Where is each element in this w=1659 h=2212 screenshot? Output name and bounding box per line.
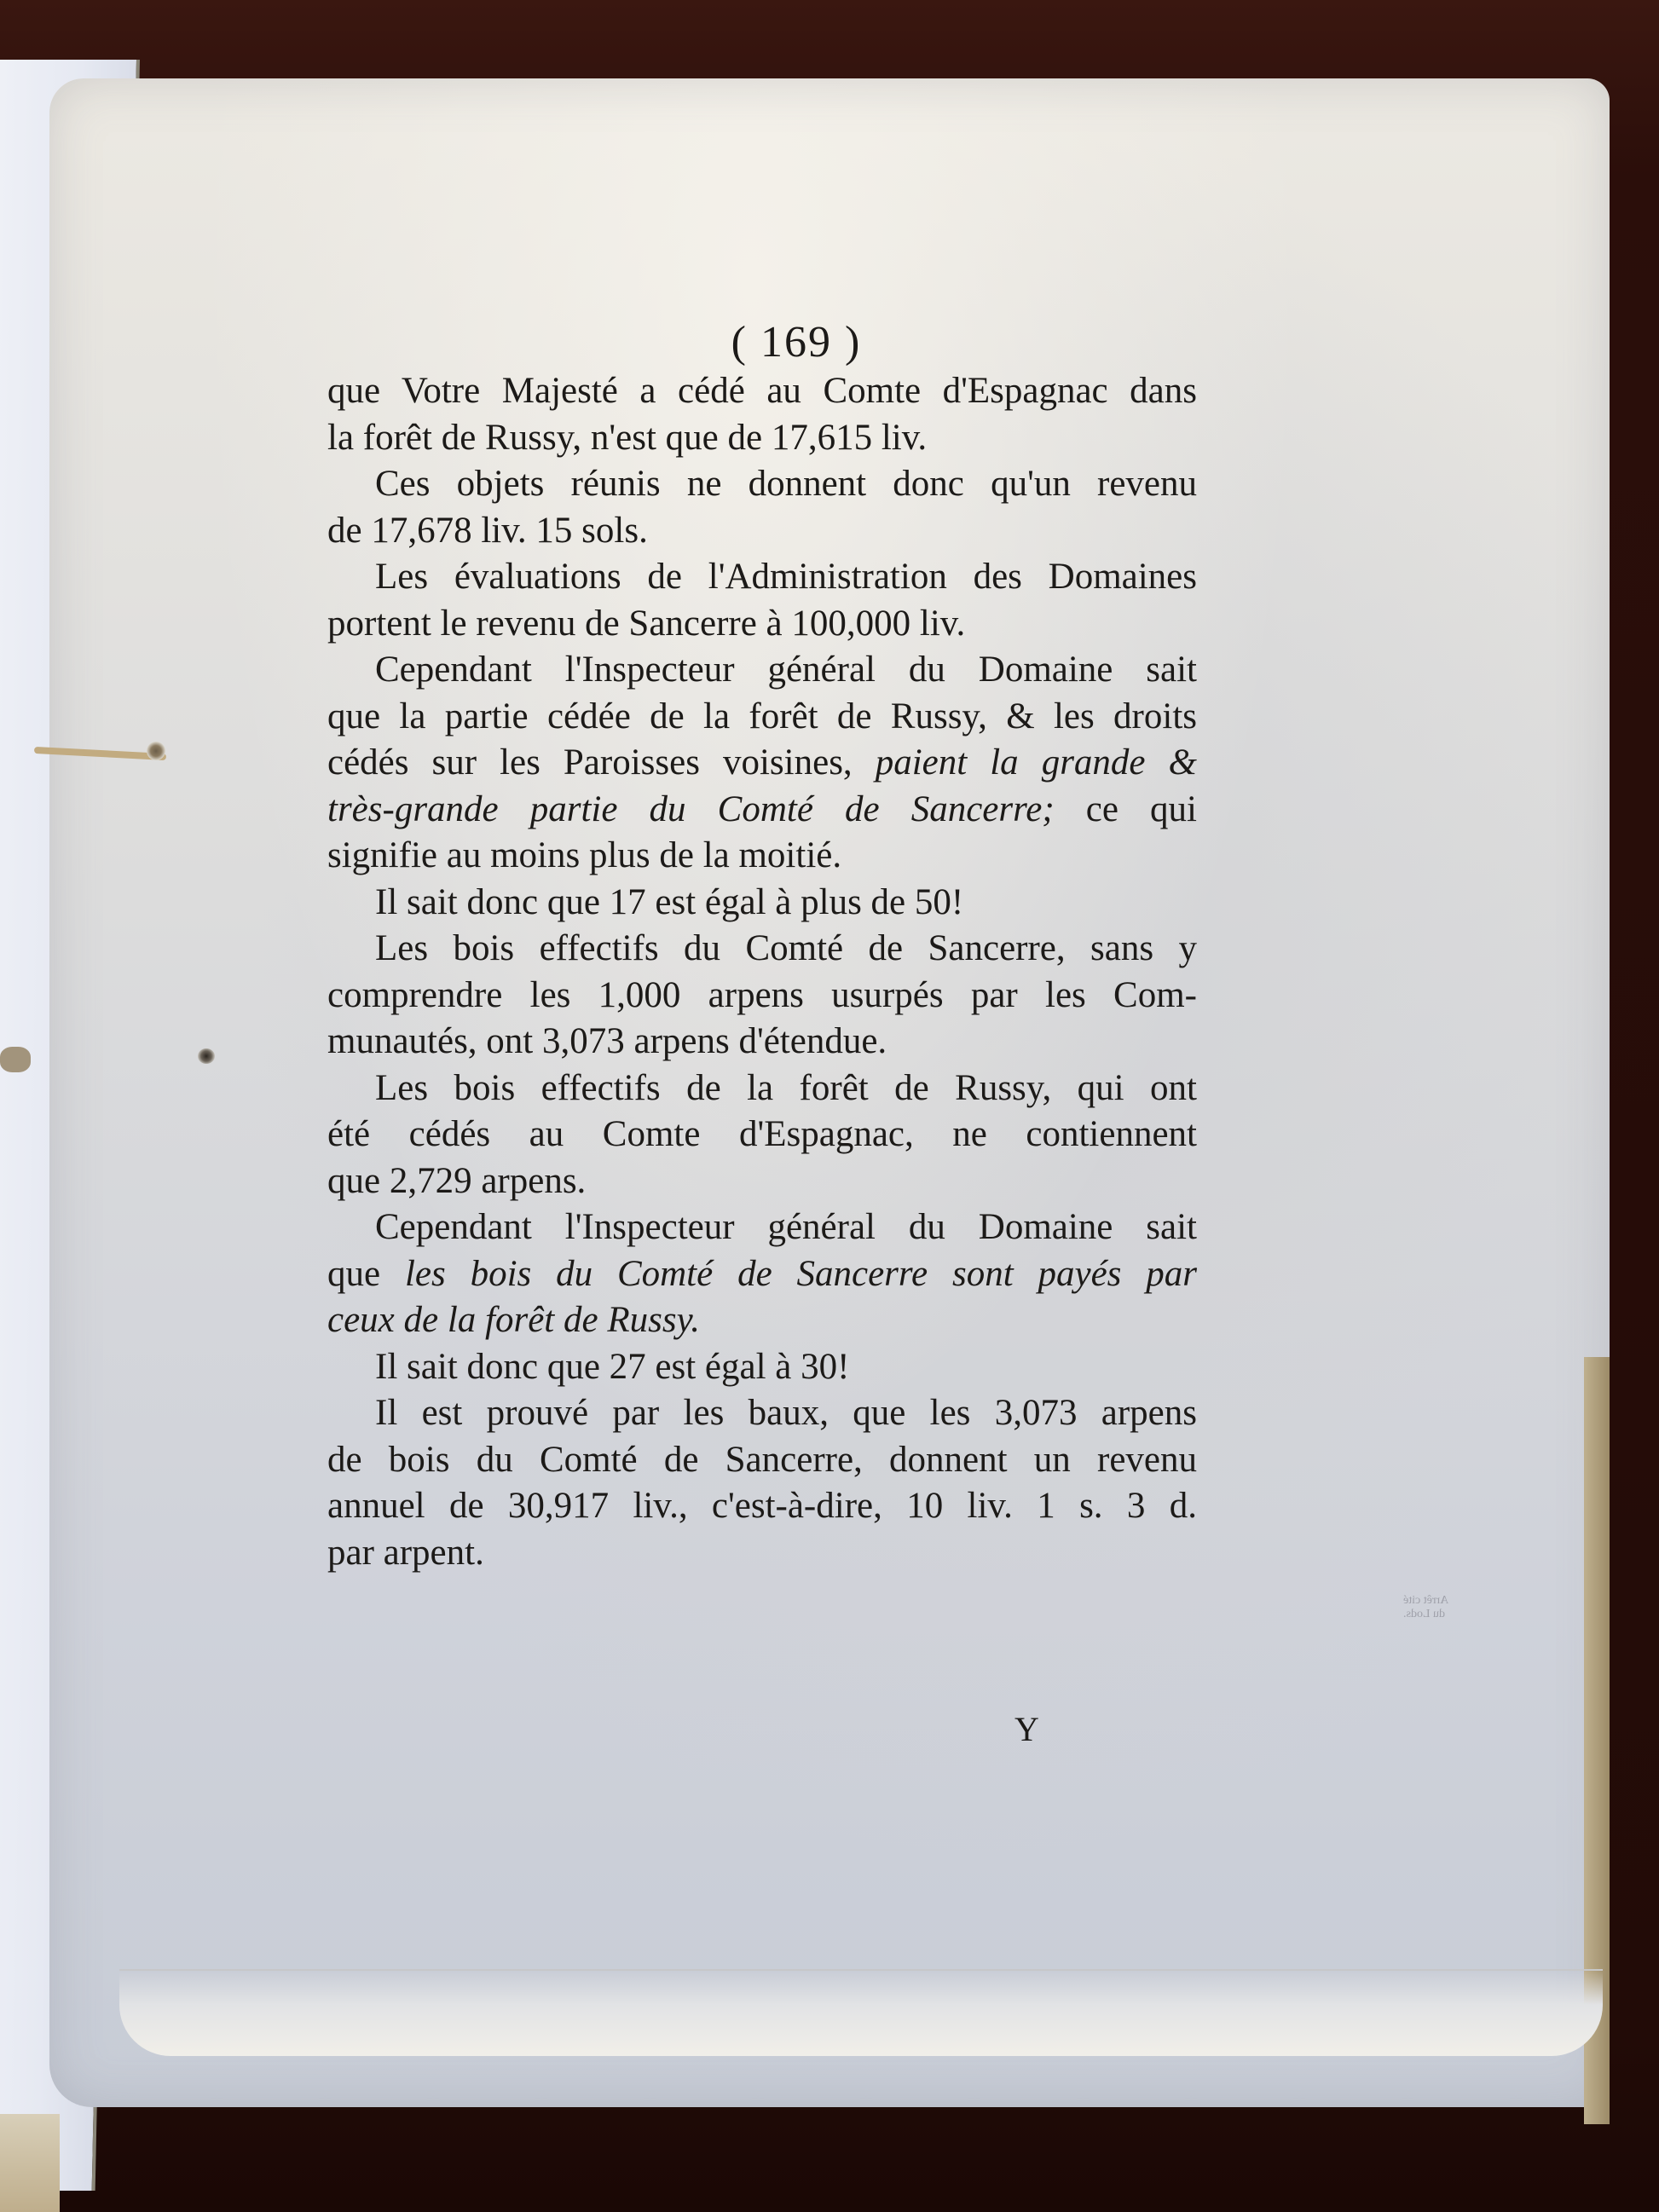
- text-line: été cédés au Comte d'Espagnac, ne contie…: [327, 1112, 1197, 1158]
- text-line: comprendre les 1,000 arpens usurpés par …: [327, 973, 1197, 1019]
- text-line: que la partie cédée de la forêt de Russy…: [327, 694, 1197, 741]
- text-line: Cependant l'Inspecteur général du Domain…: [327, 1204, 1197, 1251]
- text-line: Les bois effectifs du Comté de Sancerre,…: [327, 926, 1197, 973]
- text-span: ce qui: [1086, 789, 1197, 829]
- page-text: ( 169 ) que Votre Majesté a cédé au Comt…: [327, 317, 1197, 1576]
- paper-tear: [0, 1047, 31, 1072]
- page-number: ( 169 ): [396, 317, 1197, 368]
- text-line: la forêt de Russy, n'est que de 17,615 l…: [327, 415, 1197, 462]
- text-line: Il sait donc que 27 est égal à 30!: [327, 1344, 1197, 1391]
- text-line: par arpent.: [327, 1530, 1197, 1577]
- text-line: annuel de 30,917 liv., c'est-à-dire, 10 …: [327, 1483, 1197, 1530]
- text-span: cédés sur les Paroisses voisines,: [327, 742, 853, 783]
- text-line: de 17,678 liv. 15 sols.: [327, 508, 1197, 555]
- text-line: Cependant l'Inspecteur général du Domain…: [327, 647, 1197, 694]
- page-deckle-edge: [119, 1969, 1603, 2056]
- pin-hole: [198, 1048, 215, 1064]
- text-line: Les bois effectifs de la forêt de Russy,…: [327, 1066, 1197, 1112]
- left-page-edge: [0, 2114, 60, 2212]
- text-line: cédés sur les Paroisses voisines, paient…: [327, 740, 1197, 787]
- show-through-margin-note: Arrêt cité du Lods.: [1403, 1594, 1454, 1621]
- text-line: ceux de la forêt de Russy.: [327, 1297, 1197, 1344]
- binding-hole: [147, 742, 165, 760]
- signature-mark: Y: [1014, 1709, 1039, 1749]
- text-line: Les évaluations de l'Administration des …: [327, 554, 1197, 601]
- italic-text: très-grande partie du Comté de Sancerre;: [327, 789, 1055, 829]
- italic-text: paient la grande &: [876, 742, 1197, 783]
- text-span: que: [327, 1254, 380, 1294]
- text-line: signifie au moins plus de la moitié.: [327, 833, 1197, 880]
- text-line: que Votre Majesté a cédé au Comte d'Espa…: [327, 368, 1197, 415]
- text-line: de bois du Comté de Sancerre, donnent un…: [327, 1437, 1197, 1484]
- text-line: munautés, ont 3,073 arpens d'étendue.: [327, 1019, 1197, 1066]
- text-line: portent le revenu de Sancerre à 100,000 …: [327, 601, 1197, 648]
- italic-text: les bois du Comté de Sancerre sont payés…: [405, 1254, 1197, 1294]
- text-line: que les bois du Comté de Sancerre sont p…: [327, 1251, 1197, 1298]
- text-line: que 2,729 arpens.: [327, 1158, 1197, 1205]
- text-line: très-grande partie du Comté de Sancerre;…: [327, 787, 1197, 834]
- text-line: Il est prouvé par les baux, que les 3,07…: [327, 1390, 1197, 1437]
- text-line: Il sait donc que 17 est égal à plus de 5…: [327, 880, 1197, 927]
- text-line: Ces objets réunis ne donnent donc qu'un …: [327, 461, 1197, 508]
